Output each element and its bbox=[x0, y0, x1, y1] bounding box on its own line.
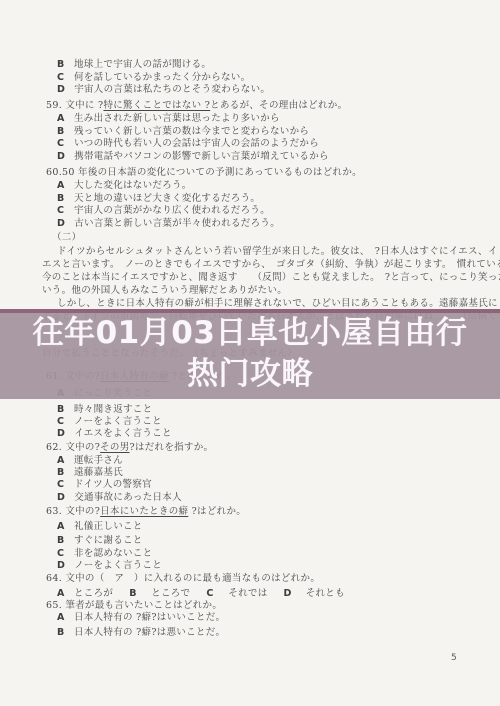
banner-title-line1: 往年01月03日卓也小屋自由行 bbox=[33, 313, 468, 354]
banner-title-block: 往年01月03日卓也小屋自由行 热门攻略 bbox=[0, 309, 500, 399]
document-line: （二） bbox=[52, 232, 81, 243]
document-line: D携帯電話やパソコンの影響で新しい言葉が増えているから bbox=[57, 151, 329, 162]
document-line: エスと言います。 ノーのときでもイエスですから、 ゴタゴタ（糾紛、争執）が起こり… bbox=[42, 259, 500, 270]
document-line: 64. 文中の（ ア ）に入れるのに最も適当なものはどれか。 bbox=[46, 573, 320, 584]
document-line: 59. 文中に ?特に驚くことではない ?とあるが、その理由はどれか。 bbox=[46, 100, 347, 111]
document-line: Dノーをよく言うこと bbox=[57, 560, 162, 571]
document-line: A礼儀正しいこと bbox=[57, 521, 143, 532]
document-line: Bすぐに謝ること bbox=[57, 535, 143, 546]
document-line: いう。他の外国人もみなこういう理解だとありがたい。 bbox=[42, 285, 287, 296]
document-line: 今のことは本当にイエスですかと、聞き返す （反問）ことも覚えました。 ?と言って… bbox=[42, 272, 500, 283]
document-line: 65. 筆者が最も言いたいことはどれか。 bbox=[46, 600, 222, 611]
document-line: 62. 文中の?その男?はだれを指すか。 bbox=[46, 442, 213, 453]
document-line: D古い言葉と新しい言葉が半々使われるだろう。 bbox=[57, 218, 280, 229]
document-line: B遠藤嘉基氏 bbox=[57, 467, 123, 478]
document-line: 60.50 年後の日本語の変化についての予測にあっているものはどれか。 bbox=[46, 167, 362, 178]
document-line: B天と地の違いほど大きく変化するだろう。 bbox=[57, 193, 260, 204]
document-line: しかし、ときに日本人特有の癖が相手に理解されないで、ひどい目にあうこともある。遠… bbox=[57, 298, 498, 309]
document-line: C何を話しているかまったく分からない。 bbox=[57, 72, 250, 83]
document-line: A大した変化はないだろう。 bbox=[57, 180, 192, 191]
document-line: Cドイツ人の警察官 bbox=[57, 479, 152, 490]
page-number: 5 bbox=[451, 653, 457, 663]
document-line: Dイエスをよく言うこと bbox=[57, 428, 172, 439]
document-line: B地球上で宇宙人の話が聞ける。 bbox=[57, 59, 211, 70]
document-line: AところがBところでCそれではDそれとも bbox=[57, 588, 345, 599]
banner-title-line2: 热门攻略 bbox=[187, 354, 313, 395]
document-line: Cいつの時代も若い人の会話は宇宙人の会話のようだから bbox=[57, 138, 319, 149]
document-line: A日本人特有の ?癖?はいいことだ。 bbox=[57, 612, 225, 623]
document-line: C非を認めないこと bbox=[57, 548, 152, 559]
document-line: D交通事故にあった日本人 bbox=[57, 492, 182, 503]
document-line: B時々聞き返すこと bbox=[57, 404, 152, 415]
document-line: D宇宙人の言葉は私たちのとそう変わらない。 bbox=[57, 84, 270, 95]
promo-banner[interactable]: 往年01月03日卓也小屋自由行 热门攻略 bbox=[0, 309, 500, 399]
document-line: 63. 文中の?日本にいたときの癖 ?はどれか。 bbox=[46, 506, 246, 517]
document-line: Cノーをよく言うこと bbox=[57, 416, 162, 427]
document-line: B日本人特有の ?癖?は悪いことだ。 bbox=[57, 627, 225, 638]
document-line: C宇宙人の言葉がかなり広く使われるだろう。 bbox=[57, 205, 270, 216]
document-line: A生み出された新しい言葉は思ったより多いから bbox=[57, 113, 280, 124]
document-line: B残っていく新しい言葉の数は今までと変わらないから bbox=[57, 126, 309, 137]
document-line: A運転手さん bbox=[57, 455, 123, 466]
document-line: ドイツからセルシュタットさんという若い留学生が来日した。彼女は、 ?日本人はすぐ… bbox=[57, 246, 498, 257]
